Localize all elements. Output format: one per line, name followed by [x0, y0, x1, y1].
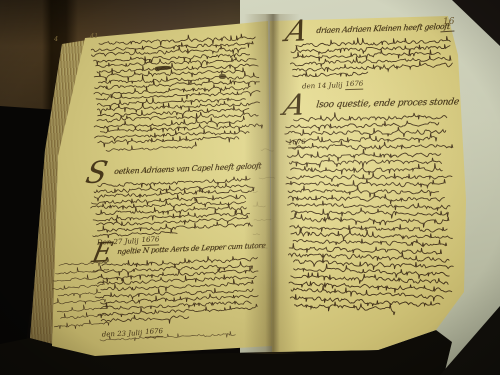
handwriting-line: [106, 140, 194, 157]
entry-adriaen: Adriaen Adriaen Kleinen heeft gelooftden…: [286, 15, 450, 20]
handwriting-line: [54, 316, 107, 334]
entry-soetken: Soetken Adriaens van Capel heeft gelooft…: [88, 158, 256, 164]
entry-continuation: 1676: [90, 38, 256, 44]
entry-heading: lsoo questie, ende proces stonde: [316, 96, 460, 110]
margin-note: [50, 262, 108, 266]
heading-flourish: [440, 30, 454, 32]
entry-date-year: 1676: [345, 80, 363, 91]
photo-scene: 4 41 16 1676Soetken Adriaens van Capel h…: [0, 0, 500, 375]
handwriting-line: [101, 310, 187, 328]
entry-heading: driaen Adriaen Kleinen heeft gelooft: [316, 22, 451, 35]
entry-date: den 14 Julij 1676: [302, 80, 364, 92]
gutter-fold-shadow: [244, 14, 300, 354]
